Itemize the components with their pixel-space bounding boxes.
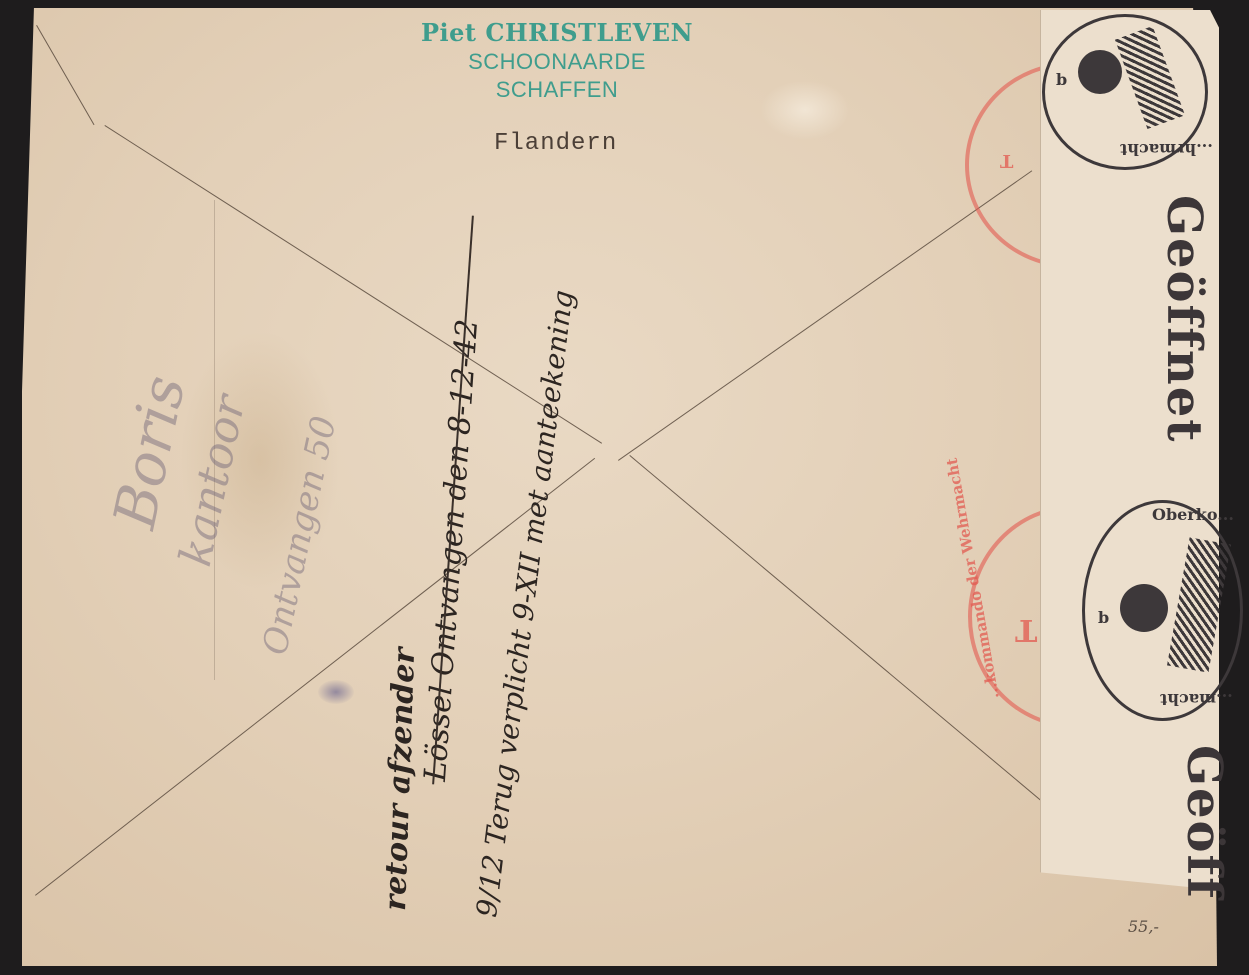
return-address-stamp: Piet CHRISTLEVEN SCHOONAARDE SCHAFFEN <box>402 18 712 103</box>
paper-highlight <box>760 80 850 140</box>
typed-region: Flandern <box>494 130 617 157</box>
stamp-text: Oberko... <box>1152 505 1234 524</box>
stamp-text: ...macht <box>1160 690 1233 709</box>
sender-municipality: SCHAFFEN <box>402 77 712 103</box>
swastika-emblem <box>1120 584 1168 632</box>
swastika-emblem <box>1078 50 1122 94</box>
stamp-text: ...hrmacht <box>1120 140 1213 159</box>
ink-blot <box>318 680 354 704</box>
red-stamp-mark: T <box>1000 150 1013 171</box>
corner-price-note: 55,- <box>1128 917 1159 936</box>
censor-tape-text: Geöff <box>1176 745 1232 900</box>
stamp-mark: b <box>1098 608 1109 627</box>
red-stamp-mark: T <box>1015 612 1037 647</box>
stamp-mark: b <box>1056 70 1067 89</box>
censor-tape-text: Geöffnet <box>1156 195 1212 443</box>
sender-name: Piet CHRISTLEVEN <box>402 18 712 47</box>
sender-town: SCHOONAARDE <box>402 49 712 75</box>
